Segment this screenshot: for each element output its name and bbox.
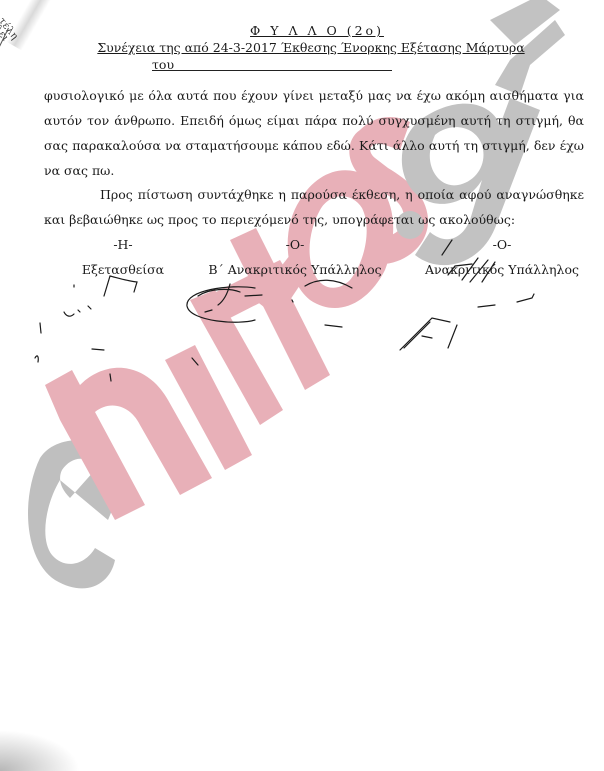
testimony-paragraph: φυσιολογικό με όλα αυτά που έχουν γίνει … bbox=[44, 83, 584, 183]
document-subtitle: Συνέχεια της από 24-3-2017 Έκθεσης Ένορκ… bbox=[0, 39, 604, 56]
sheet-label: Φ Υ Λ Λ Ο (2ο) bbox=[0, 22, 604, 39]
signatory-examinee: -Η- Εξετασθείσα bbox=[68, 232, 178, 282]
signatory-role: Ανακριτικός Υπάλληλος bbox=[422, 257, 582, 282]
signatory-officer: -Ο- Ανακριτικός Υπάλληλος bbox=[422, 232, 582, 282]
testimony-body: φυσιολογικό με όλα αυτά που έχουν γίνει … bbox=[44, 83, 584, 183]
signatory-article: -Η- bbox=[68, 232, 178, 257]
scan-shadow bbox=[0, 730, 80, 771]
watermark-letter-e bbox=[28, 440, 117, 588]
signatory-role: Εξετασθείσα bbox=[68, 257, 178, 282]
signatory-role: Β΄ Ανακριτικός Υπάλληλος bbox=[195, 257, 395, 282]
signatory-article: -Ο- bbox=[422, 232, 582, 257]
closing-statement: Προς πίστωση συντάχθηκε η παρούσα έκθεση… bbox=[44, 182, 584, 232]
closing-paragraph: Προς πίστωση συντάχθηκε η παρούσα έκθεση… bbox=[44, 182, 584, 232]
signature-deputy-officer bbox=[187, 280, 352, 365]
document-header: Φ Υ Λ Λ Ο (2ο) Συνέχεια της από 24-3-201… bbox=[0, 22, 604, 56]
signature-examinee bbox=[35, 276, 137, 381]
document-page: ..η τέλη ..λει Φ Υ Λ Λ Ο (2ο) Συνέ bbox=[0, 0, 604, 771]
signatory-deputy-officer: -Ο- Β΄ Ανακριτικός Υπάλληλος bbox=[195, 232, 395, 282]
of-label: του bbox=[152, 57, 174, 72]
signatory-article: -Ο- bbox=[195, 232, 395, 257]
witness-name-redacted: του bbox=[152, 56, 392, 71]
